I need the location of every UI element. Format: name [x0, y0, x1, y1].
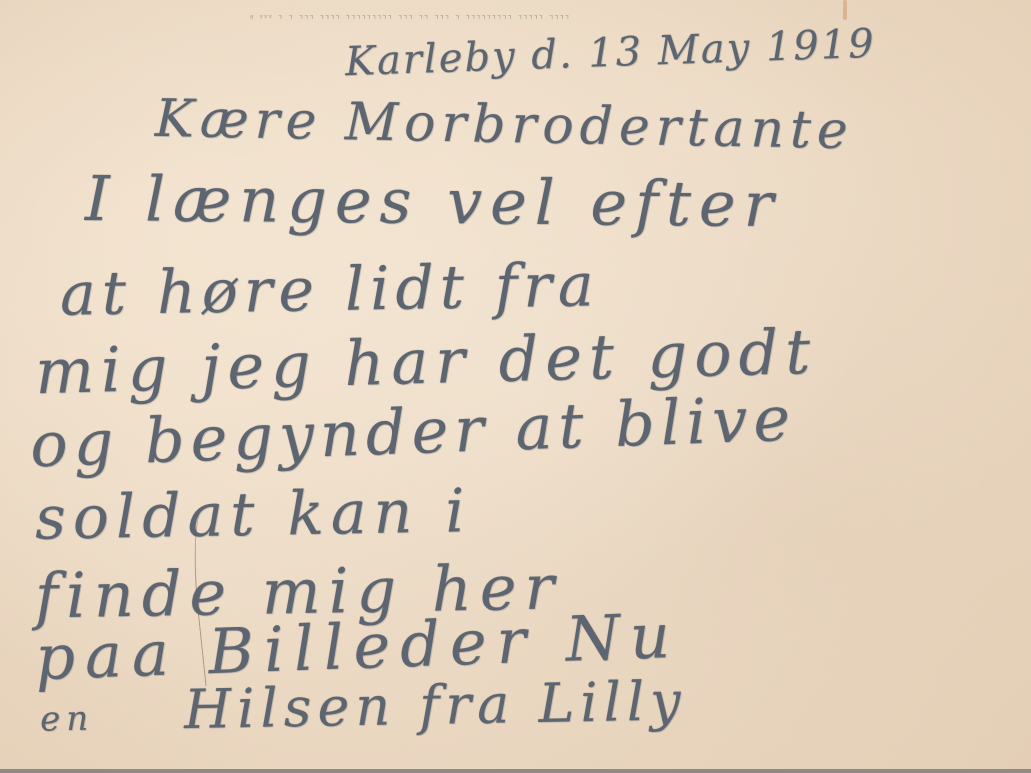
postcard: ᴚ ᴧᴧᴧ ɹ ɹ ɹɹɹ ɹɹɹɹ ɹɹɹɹɹɹɹɹɹ ɹɹɹ ɹɹ ɹɹɹ …	[0, 0, 1031, 773]
letter-line-2: at høre lidt fra	[59, 250, 600, 329]
printed-header-mirrored: ᴚ ᴧᴧᴧ ɹ ɹ ɹɹɹ ɹɹɹɹ ɹɹɹɹɹɹɹɹɹ ɹɹɹ ɹɹ ɹɹɹ …	[250, 13, 910, 21]
letter-line-5: soldat kan i	[34, 476, 472, 554]
salutation: Kære Morbrodertante	[155, 89, 855, 161]
signature: Hilsen fra Lilly	[184, 669, 688, 741]
closing-prefix: en	[40, 699, 95, 740]
letter-line-1: I længes vel efter	[85, 162, 782, 241]
dateline: Karleby d. 13 May 1919	[344, 21, 876, 85]
paper-stain	[843, 0, 847, 20]
closing-line: enHilsen fra Lilly	[39, 669, 687, 743]
